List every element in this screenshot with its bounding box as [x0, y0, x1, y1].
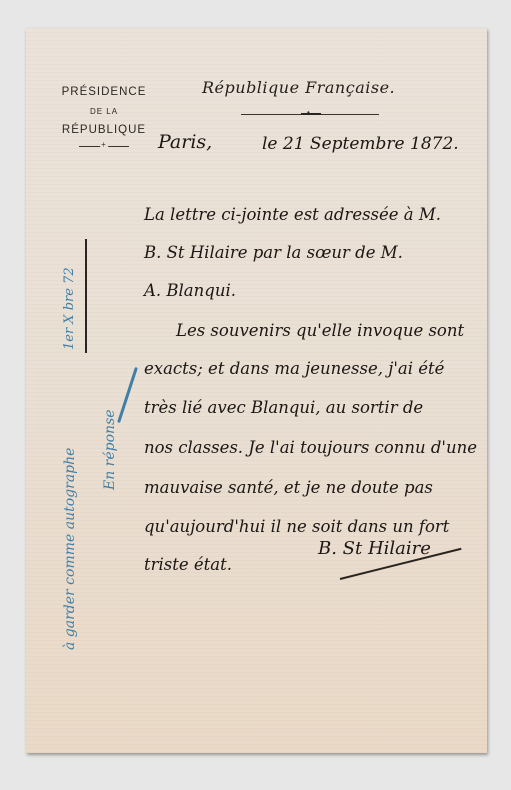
signature: B. St Hilaire [318, 538, 431, 559]
body-line: exacts; et dans ma jeunesse, j'ai été [144, 359, 444, 378]
margin-ink-bar [85, 239, 87, 353]
letterhead-line-2: DE LA [54, 107, 154, 116]
letterhead-republique-francaise: République Française. [202, 78, 395, 97]
body-line: La lettre ci-jointe est adressée à M. [144, 205, 441, 224]
cross-ornament-icon: + [100, 140, 108, 149]
ornament-divider-large: • [241, 110, 379, 118]
body-line: Les souvenirs qu'elle invoque sont [176, 321, 464, 340]
letter-page: PRÉSIDENCE DE LA RÉPUBLIQUE + République… [26, 28, 487, 753]
body-line: triste état. [144, 555, 232, 574]
letterhead-line-3: RÉPUBLIQUE [54, 124, 154, 136]
body-line: mauvaise santé, et je ne doute pas [144, 478, 433, 497]
margin-note-blue-main: à garder comme autographe [62, 448, 78, 650]
ornament-divider-small: + [54, 140, 154, 150]
dot-ornament-icon: • [307, 108, 310, 117]
date-city: Paris, [158, 131, 212, 153]
date-text: le 21 Septembre 1872. [262, 134, 459, 154]
margin-blue-stroke [117, 367, 138, 423]
body-line: nos classes. Je l'ai toujours connu d'un… [144, 438, 477, 457]
letterhead-presidence: PRÉSIDENCE DE LA RÉPUBLIQUE + [54, 86, 154, 150]
margin-note-blue-date: 1er X bre 72 [62, 267, 77, 350]
body-line: A. Blanqui. [144, 281, 236, 300]
letterhead-line-1: PRÉSIDENCE [54, 86, 154, 98]
body-line: qu'aujourd'hui il ne soit dans un fort [144, 517, 449, 536]
body-line: très lié avec Blanqui, au sortir de [144, 398, 423, 417]
body-line: B. St Hilaire par la sœur de M. [144, 243, 403, 262]
margin-note-blue-second: En réponse [102, 409, 118, 490]
